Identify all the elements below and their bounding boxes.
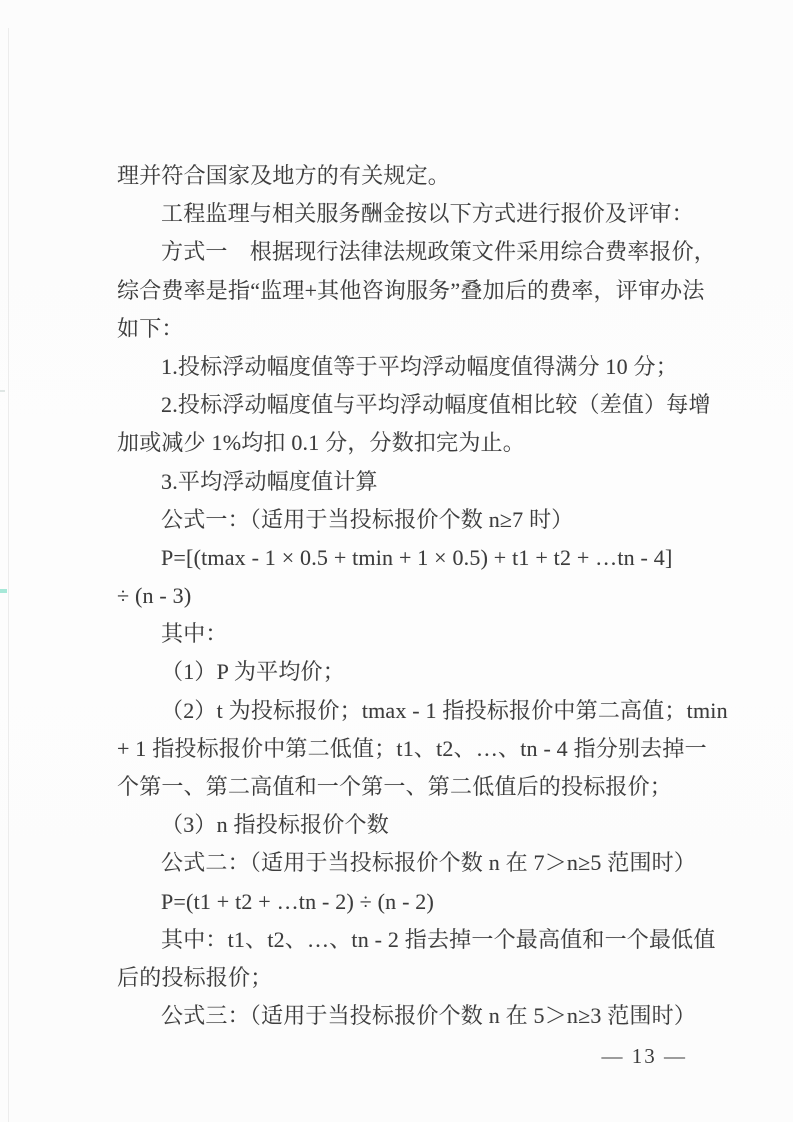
scan-edge-line (8, 28, 9, 1122)
text-line: 加或减少 1%均扣 0.1 分，分数扣完为止。 (117, 424, 703, 462)
formula-line: P=[(tmax - 1 × 0.5 + tmin + 1 × 0.5) + t… (117, 539, 703, 577)
document-page: 理并符合国家及地方的有关规定。 工程监理与相关服务酬金按以下方式进行报价及评审：… (0, 0, 793, 1122)
text-line: 3.平均浮动幅度值计算 (117, 463, 703, 501)
text-line: （1）P 为平均价； (117, 653, 703, 691)
formula-caption-line: 公式三：（适用于当投标报价个数 n 在 5＞n≥3 范围时） (117, 997, 703, 1035)
text-line: 个第一、第二高值和一个第一、第二低值后的投标报价； (117, 768, 703, 806)
document-body: 理并符合国家及地方的有关规定。 工程监理与相关服务酬金按以下方式进行报价及评审：… (117, 157, 703, 1035)
formula-line: ÷ (n - 3) (117, 577, 703, 615)
text-line: （3）n 指投标报价个数 (117, 806, 703, 844)
text-line: 2.投标浮动幅度值与平均浮动幅度值相比较（差值）每增 (117, 386, 703, 424)
text-line: 1.投标浮动幅度值等于平均浮动幅度值得满分 10 分； (117, 348, 703, 386)
text-line: 理并符合国家及地方的有关规定。 (117, 157, 703, 195)
text-line: 其中：t1、t2、…、tn - 2 指去掉一个最高值和一个最低值 (117, 921, 703, 959)
text-line: 综合费率是指“监理+其他咨询服务”叠加后的费率，评审办法 (117, 272, 703, 310)
scan-artifact-teal (0, 589, 7, 593)
page-number: — 13 — (602, 1042, 688, 1070)
text-line: 工程监理与相关服务酬金按以下方式进行报价及评审： (117, 195, 703, 233)
formula-line: P=(t1 + t2 + …tn - 2) ÷ (n - 2) (117, 883, 703, 921)
text-line: 其中： (117, 615, 703, 653)
scan-artifact-gray (0, 390, 5, 392)
text-line: （2）t 为投标报价；tmax - 1 指投标报价中第二高值；tmin (117, 692, 703, 730)
text-line: + 1 指投标报价中第二低值；t1、t2、…、tn - 4 指分别去掉一 (117, 730, 703, 768)
text-line: 如下： (117, 310, 703, 348)
formula-caption-line: 公式一：（适用于当投标报价个数 n≥7 时） (117, 501, 703, 539)
text-line: 后的投标报价； (117, 959, 703, 997)
formula-caption-line: 公式二：（适用于当投标报价个数 n 在 7＞n≥5 范围时） (117, 844, 703, 882)
text-line: 方式一 根据现行法律法规政策文件采用综合费率报价， (117, 233, 703, 271)
